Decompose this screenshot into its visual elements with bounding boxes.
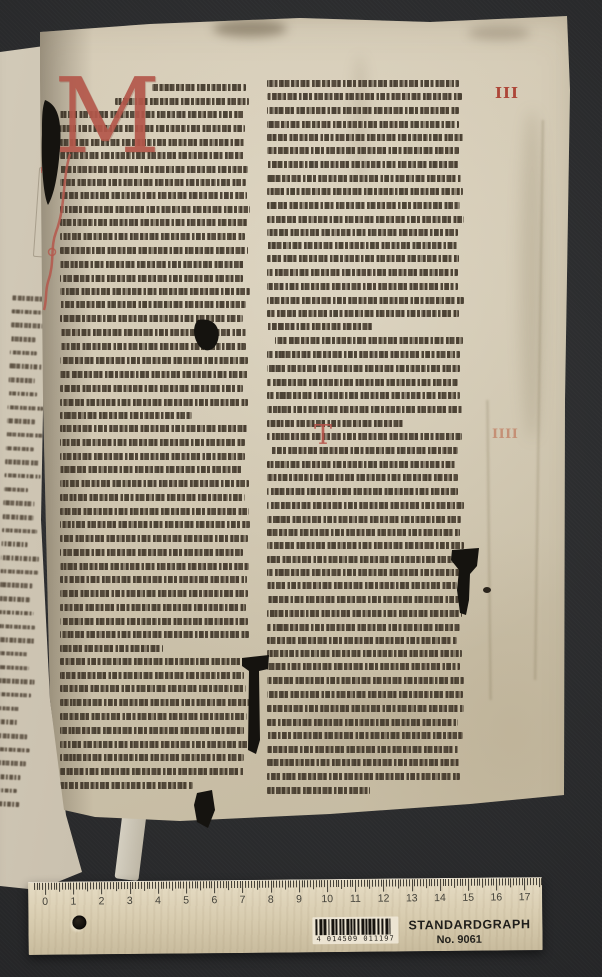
script-text-line (60, 329, 246, 336)
ruler-tick (217, 881, 218, 888)
ruler-tick (361, 880, 362, 887)
barcode-bar (315, 919, 317, 935)
script-text-line (60, 315, 243, 322)
ruler-tick (169, 882, 170, 889)
ruler-tick (502, 878, 503, 885)
script-text-line (267, 746, 458, 753)
facing-page-script-line (3, 514, 34, 520)
ruler-tick (90, 882, 91, 889)
script-text-line (267, 175, 461, 182)
script-text-line (60, 261, 245, 268)
script-text-line (267, 677, 464, 684)
facing-page-script-line (7, 405, 43, 411)
ruler-tick (493, 879, 494, 886)
ruler-tick (406, 879, 407, 886)
ruler-tick (412, 879, 413, 891)
barcode-bar (353, 919, 355, 935)
ruler-tick (268, 881, 269, 888)
ruler-tick (536, 878, 537, 885)
ruler-tick (158, 882, 159, 894)
ruler-tick (73, 883, 74, 895)
script-text-line (267, 719, 458, 726)
ruler-tick (214, 881, 215, 893)
barcode-bar (328, 919, 329, 935)
facing-page-script-line (0, 610, 34, 616)
facing-page-script-line (9, 377, 35, 383)
ruler-tick (54, 883, 55, 890)
ruler-number-15: 15 (462, 892, 474, 904)
ruler-tick (372, 880, 373, 887)
ruler-tick (45, 883, 46, 895)
ruler-tick (290, 880, 291, 887)
ruler-tick (423, 879, 424, 886)
ruler-tick (519, 878, 520, 885)
ruler-tick (541, 878, 542, 885)
ruler-tick (296, 880, 297, 887)
ruler-tick (468, 879, 469, 891)
script-text-line (60, 301, 246, 308)
script-text-line (60, 590, 248, 597)
barcode-bar (342, 919, 344, 935)
script-text-line (267, 732, 463, 739)
script-text-line (267, 663, 460, 670)
facing-page-script-line (10, 336, 35, 342)
script-text-line (60, 782, 193, 789)
script-text-line (267, 556, 459, 563)
ruler-tick (465, 879, 466, 886)
facing-page-script-line (10, 350, 37, 356)
ruler-number-0: 0 (42, 896, 48, 908)
facing-page-script-line (0, 596, 30, 602)
script-text-line (60, 233, 245, 240)
script-text-line (267, 392, 460, 399)
ruler-tick (211, 881, 212, 888)
facing-page-script-line (6, 446, 34, 452)
ruler-tick (248, 881, 249, 888)
ruler-tick (276, 881, 277, 888)
paragraph-initial-t: T (314, 422, 332, 449)
facing-page-script-line (0, 760, 26, 766)
ruler-tick (327, 880, 328, 892)
ruler-tick (530, 878, 531, 885)
barcode-bar (335, 919, 337, 935)
ruler-tick (34, 883, 35, 890)
ruler-tick (285, 881, 286, 890)
ruler-number-11: 11 (350, 893, 361, 905)
ruler-tick (107, 882, 108, 889)
ruler-tick (245, 881, 246, 888)
parchment-crease (486, 400, 491, 700)
ruler-tick (141, 882, 142, 889)
ruler-tick (479, 879, 480, 886)
ruler-tick (37, 883, 38, 890)
facing-page-script-line (0, 637, 35, 643)
facing-page-script-line (4, 487, 28, 493)
ruler-number-16: 16 (490, 891, 502, 903)
ruler-tick (259, 881, 260, 888)
ruler-tick (282, 881, 283, 888)
script-text-line (267, 787, 370, 794)
ruler-tick (234, 881, 235, 888)
script-text-line (267, 516, 461, 523)
ruler-number-9: 9 (296, 893, 302, 905)
ruler-tick (93, 882, 94, 889)
ruler-brand: STANDARDGRAPH (408, 917, 530, 932)
script-text-line (60, 576, 247, 583)
facing-page-script-line (3, 500, 34, 506)
ruler-tick (39, 883, 40, 890)
ruler-tick (403, 879, 404, 886)
facing-page-script-line (8, 391, 37, 397)
ruler-tick (395, 879, 396, 886)
ruler-tick (378, 880, 379, 887)
script-text-line (60, 768, 244, 775)
facing-page-script-line (0, 582, 33, 588)
ruler-tick (420, 879, 421, 886)
script-text-line (267, 365, 460, 372)
ruler-tick (155, 882, 156, 889)
ruler-tick (293, 880, 294, 887)
script-text-line (60, 508, 249, 515)
ruler-tick (310, 880, 311, 887)
ruler-number-10: 10 (321, 893, 333, 905)
ruler-tick (149, 882, 150, 889)
ruler-tick (189, 881, 190, 888)
script-text-line (60, 412, 192, 419)
ruler-tick (121, 882, 122, 889)
ruler-tick (130, 882, 131, 894)
script-text-line (60, 179, 246, 186)
script-text-line (267, 569, 459, 576)
facing-page-script-line (1, 555, 39, 561)
manuscript-page: M T + III IIII (0, 0, 602, 977)
ruler-number-6: 6 (211, 894, 217, 906)
ruler-ticks (28, 878, 542, 883)
ruler-tick (333, 880, 334, 887)
ruler-tick (147, 882, 148, 889)
script-text-line (60, 672, 244, 679)
script-text-line (267, 637, 457, 644)
script-text-line (60, 219, 249, 226)
ruler-tick (358, 880, 359, 887)
script-text-line (60, 631, 249, 638)
facing-page-script-line (0, 774, 20, 780)
ruler-tick (251, 881, 252, 888)
script-text-line (267, 474, 458, 481)
ruler-tick (79, 883, 80, 890)
barcode-bar (319, 919, 322, 935)
ruler-number-14: 14 (434, 892, 446, 904)
ruler-tick (152, 882, 153, 889)
barcode-bar (365, 919, 367, 935)
ruler-tick (51, 883, 52, 890)
ruler-tick (237, 881, 238, 888)
ruler-tick (209, 881, 210, 888)
script-text-line (267, 202, 460, 209)
barcode: 4 014509 011197 (312, 916, 398, 944)
script-text-line (60, 494, 245, 501)
facing-page-script-line (11, 323, 43, 329)
ruler-tick (507, 878, 508, 885)
script-text-line (267, 107, 459, 114)
script-text-line (60, 480, 249, 487)
barcode-bar (339, 919, 341, 935)
ruler-tick (287, 880, 288, 887)
ruler-tick (462, 879, 463, 886)
script-text-line (60, 466, 243, 473)
ruler-tick (400, 879, 401, 886)
script-text-line (267, 229, 458, 236)
ruler-tick (366, 880, 367, 887)
ruler-tick (195, 881, 196, 888)
ruler-tick (180, 882, 181, 889)
ruler-tick (335, 880, 336, 887)
ruler-tick (223, 881, 224, 888)
script-text-line (60, 453, 245, 460)
ruler-tick (299, 880, 300, 892)
ruler-number-17: 17 (519, 891, 531, 903)
script-text-line (60, 535, 248, 542)
ruler-tick (279, 881, 280, 888)
script-text-line (267, 433, 462, 440)
script-text-line (60, 343, 246, 350)
ruler-tick (85, 882, 86, 889)
barcode-bar (389, 919, 390, 935)
script-text-line (60, 385, 243, 392)
ruler-number-4: 4 (155, 895, 161, 907)
script-text-line (60, 549, 243, 556)
script-text-line (60, 521, 250, 528)
script-text-line (60, 399, 248, 406)
measuring-ruler: 01234567891011121314151617 4 014509 0111… (28, 877, 543, 955)
script-text-line (60, 685, 246, 692)
ruler-tick (476, 879, 477, 886)
ruler-tick (341, 880, 342, 889)
ruler-tick (200, 881, 201, 890)
stain (213, 20, 287, 37)
ruler-tick (48, 883, 49, 890)
ruler-tick (240, 881, 241, 888)
ruler-tick (491, 879, 492, 886)
facing-page-script-line (0, 678, 35, 684)
script-text-line (267, 242, 458, 249)
ruler-tick (203, 881, 204, 888)
script-text-line (60, 658, 247, 665)
script-text-line (60, 645, 163, 652)
script-text-line (60, 699, 249, 706)
ruler-tick (96, 882, 97, 889)
script-text-line (267, 582, 457, 589)
ruler-tick (62, 883, 63, 890)
script-text-line (267, 502, 464, 509)
facing-page-script-line (2, 528, 37, 534)
ruler-tick (254, 881, 255, 888)
script-text-line (60, 357, 248, 364)
script-text-line (267, 624, 460, 631)
ruler-tick (186, 881, 187, 893)
ruler-tick (307, 880, 308, 887)
ruler-tick (488, 879, 489, 886)
ruler-number-12: 12 (378, 893, 390, 905)
script-text-line (267, 705, 464, 712)
ruler-tick (417, 879, 418, 886)
script-text-line (267, 691, 463, 698)
folio-numeral-iii: III (495, 84, 519, 102)
ruler-tick (397, 879, 398, 888)
ruler-tick (392, 879, 393, 886)
ruler-tick (471, 879, 472, 886)
ruler-tick (163, 882, 164, 889)
ruler-number-3: 3 (127, 895, 133, 907)
ruler-tick (82, 882, 83, 889)
ruler-tick (459, 879, 460, 886)
script-text-line (60, 754, 244, 761)
barcode-bar (323, 919, 326, 935)
script-text-line (60, 741, 250, 748)
ruler-tick (344, 880, 345, 887)
facing-page-script-line (6, 432, 43, 438)
ruler-tick (138, 882, 139, 889)
ruler-tick (87, 882, 88, 891)
script-text-line (267, 93, 462, 100)
ruler-tick (347, 880, 348, 887)
script-text-line (267, 80, 459, 87)
ruler-tick (375, 880, 376, 887)
script-text-line (267, 255, 459, 262)
barcode-bar (372, 919, 375, 935)
script-text-line (267, 488, 458, 495)
ruler-tick (192, 881, 193, 888)
ruler-tick (383, 880, 384, 892)
script-text-line (60, 713, 247, 720)
ruler-tick (440, 879, 441, 891)
script-text-line (267, 323, 373, 330)
ruler-tick (262, 881, 263, 888)
ruler-tick (350, 880, 351, 887)
barcode-bar (361, 919, 364, 935)
text-column-left (60, 84, 250, 796)
ruler-tick (533, 878, 534, 885)
facing-page-script-line (0, 692, 31, 698)
ruler-tick (116, 882, 117, 891)
script-text-line (267, 759, 460, 766)
ruler-tick (101, 882, 102, 894)
ruler-tick (431, 879, 432, 886)
ruler-number-13: 13 (406, 892, 418, 904)
ruler-tick (59, 883, 60, 892)
facing-page-script-line (12, 309, 43, 315)
script-text-line (267, 420, 405, 427)
script-text-line (60, 727, 244, 734)
ruler-tick (414, 879, 415, 886)
script-text-line (267, 542, 464, 549)
ruler-tick (197, 881, 198, 888)
script-text-line (267, 310, 459, 317)
ruler-tick (104, 882, 105, 889)
ruler-tick (183, 882, 184, 889)
script-text-line (267, 134, 464, 141)
ruler-tick (110, 882, 111, 889)
facing-page-script-line (1, 541, 27, 547)
ruler-tick (457, 879, 458, 886)
script-text-line (267, 121, 459, 128)
ruler-tick (437, 879, 438, 886)
script-text-line (267, 161, 459, 168)
facing-page-script-line (0, 747, 30, 753)
ruler-number-5: 5 (183, 894, 189, 906)
ruler-tick (318, 880, 319, 887)
ruler-tick (338, 880, 339, 887)
script-text-line (267, 529, 460, 536)
ruler-tick (321, 880, 322, 887)
ruler-tick (516, 878, 517, 885)
barcode-bar (357, 919, 359, 935)
facing-page-script-line (0, 788, 17, 794)
script-text-line (267, 188, 463, 195)
ruler-tick (166, 882, 167, 889)
ruler-tick (448, 879, 449, 886)
ruler-tick (474, 879, 475, 886)
ruler-tick (42, 883, 43, 890)
ruler-tick (161, 882, 162, 889)
barcode-bar (385, 919, 388, 935)
facing-page-script-line (5, 459, 39, 465)
script-text-line (60, 206, 250, 213)
script-text-line (267, 351, 460, 358)
barcode-bar (350, 919, 352, 935)
ruler-tick (434, 879, 435, 886)
script-text-line (267, 596, 459, 603)
facing-page-script-line (0, 719, 18, 725)
script-text-line (267, 773, 460, 780)
ruler-number-1: 1 (70, 896, 76, 908)
ruler-tick (386, 880, 387, 887)
ruler-tick (65, 883, 66, 890)
ruler-tick (220, 881, 221, 888)
ruler-tick (454, 879, 455, 888)
ruler-model: No. 9061 (437, 934, 482, 946)
facing-page-script-line (7, 418, 35, 424)
script-text-line (267, 610, 462, 617)
facing-page-script-line (9, 364, 42, 370)
script-text-line (60, 247, 248, 254)
script-text-line (60, 288, 250, 295)
script-text-line (267, 379, 458, 386)
script-text-line (267, 461, 457, 468)
script-text-line (271, 447, 458, 454)
barcode-bar (377, 919, 379, 935)
facing-page-script-line (4, 473, 40, 479)
facing-page-script-line (0, 801, 19, 807)
ruler-number-2: 2 (99, 895, 105, 907)
ruler-tick (482, 879, 483, 888)
ruler-tick (389, 880, 390, 887)
ruler-tick (445, 879, 446, 886)
ruler-number-8: 8 (268, 894, 274, 906)
ruler-tick (451, 879, 452, 886)
barcode-bar (381, 919, 383, 935)
barcode-bar (331, 919, 334, 935)
ruler-tick (522, 878, 523, 885)
ruler-tick (496, 878, 497, 890)
ruler-tick (76, 883, 77, 890)
ruler-tick (485, 879, 486, 886)
ruler-tick (113, 882, 114, 889)
ruler-tick (226, 881, 227, 888)
ruler-tick (273, 881, 274, 888)
script-text-line (267, 650, 462, 657)
script-text-line (60, 618, 248, 625)
